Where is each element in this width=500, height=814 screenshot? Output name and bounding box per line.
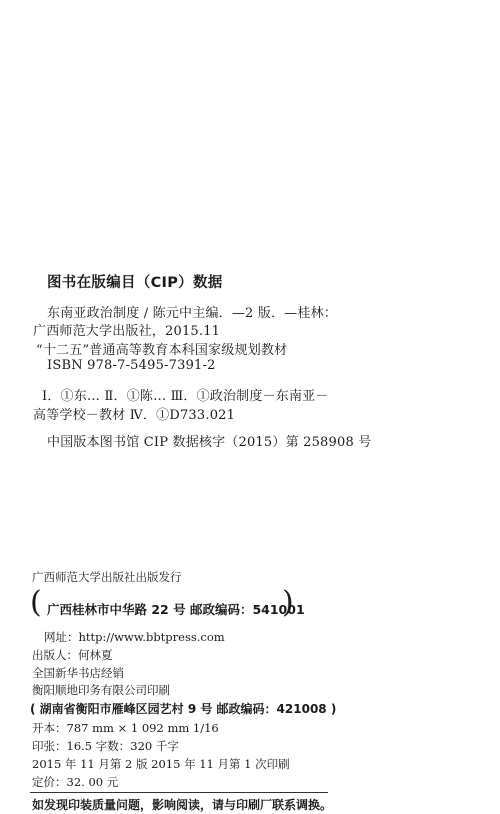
printer-address: ( 湖南省衡阳市雁峰区园艺村 9 号 邮政编码：421008 ) <box>30 700 336 717</box>
cip-title: 图书在版编目（CIP）数据 <box>47 271 223 292</box>
cip-entry-line1: 东南亚政治制度 / 陈元中主编．—2 版．—桂林： <box>47 302 337 321</box>
price: 定价：32. 00 元 <box>32 774 118 790</box>
quality-notice: 如发现印装质量问题，影响阅读，请与印刷厂联系调换。 <box>32 796 332 813</box>
divider <box>30 792 328 793</box>
open-bracket: ( <box>30 588 42 618</box>
cip-entry-line2: 广西师范大学出版社，2015.11 <box>33 320 220 339</box>
publisher-address: 广西桂林市中华路 22 号 邮政编码：541001 <box>47 600 305 618</box>
publisher-line: 广西师范大学出版社出版发行 <box>32 569 182 585</box>
printer: 衡阳顺地印务有限公司印刷 <box>32 682 170 698</box>
distributor: 全国新华书店经销 <box>32 665 124 681</box>
edition-printing: 2015 年 11 月第 2 版 2015 年 11 月第 1 次印刷 <box>32 756 290 772</box>
sheets-words: 印张：16.5 字数：320 千字 <box>32 738 179 754</box>
website: 网址：http://www.bbtpress.com <box>44 629 225 645</box>
close-bracket: ) <box>282 588 294 618</box>
cip-number: 中国版本图书馆 CIP 数据核字（2015）第 258908 号 <box>47 431 371 450</box>
format: 开本：787 mm × 1 092 mm 1/16 <box>32 720 219 736</box>
cip-subjects-line1: Ⅰ．①东… Ⅱ．①陈… Ⅲ．①政治制度－东南亚－ <box>42 385 329 404</box>
publisher-person: 出版人：何林夏 <box>32 647 113 663</box>
publisher-address-box: ( 广西桂林市中华路 22 号 邮政编码：541001 ) <box>30 596 300 622</box>
cip-series: “十二五”普通高等教育本科国家级规划教材 <box>36 339 287 358</box>
cip-isbn: ISBN 978-7-5495-7391-2 <box>47 358 216 373</box>
cip-subjects-line2: 高等学校－教材 Ⅳ．①D733.021 <box>33 404 235 423</box>
